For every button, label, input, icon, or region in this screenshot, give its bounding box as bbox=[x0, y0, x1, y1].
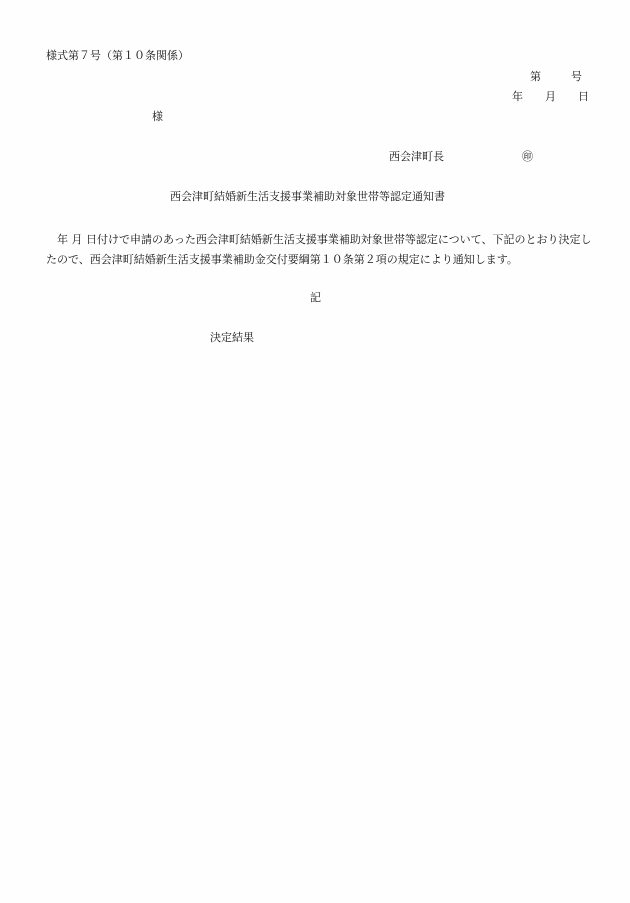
number-go-label: 号 bbox=[571, 70, 582, 84]
date-line: 年月日 bbox=[512, 90, 589, 104]
ki-heading: 記 bbox=[310, 291, 321, 305]
document-number-line: 第号 bbox=[530, 70, 582, 84]
number-dai-label: 第 bbox=[530, 70, 541, 84]
date-year-label: 年 bbox=[512, 90, 523, 103]
decision-result-label: 決定結果 bbox=[210, 331, 254, 345]
sender-name: 西会津町長 bbox=[389, 150, 444, 164]
document-title: 西会津町結婚新生活支援事業補助対象世帯等認定通知書 bbox=[170, 190, 445, 204]
date-month-label: 月 bbox=[545, 90, 556, 103]
body-paragraph: 年 月 日付けで申請のあった西会津町結婚新生活支援事業補助対象世帯等認定について… bbox=[46, 230, 594, 270]
form-number: 様式第７号（第１０条関係） bbox=[46, 49, 189, 63]
addressee-suffix: 様 bbox=[152, 110, 163, 124]
date-day-label: 日 bbox=[578, 90, 589, 103]
seal-mark-icon: ㊞ bbox=[522, 150, 533, 164]
